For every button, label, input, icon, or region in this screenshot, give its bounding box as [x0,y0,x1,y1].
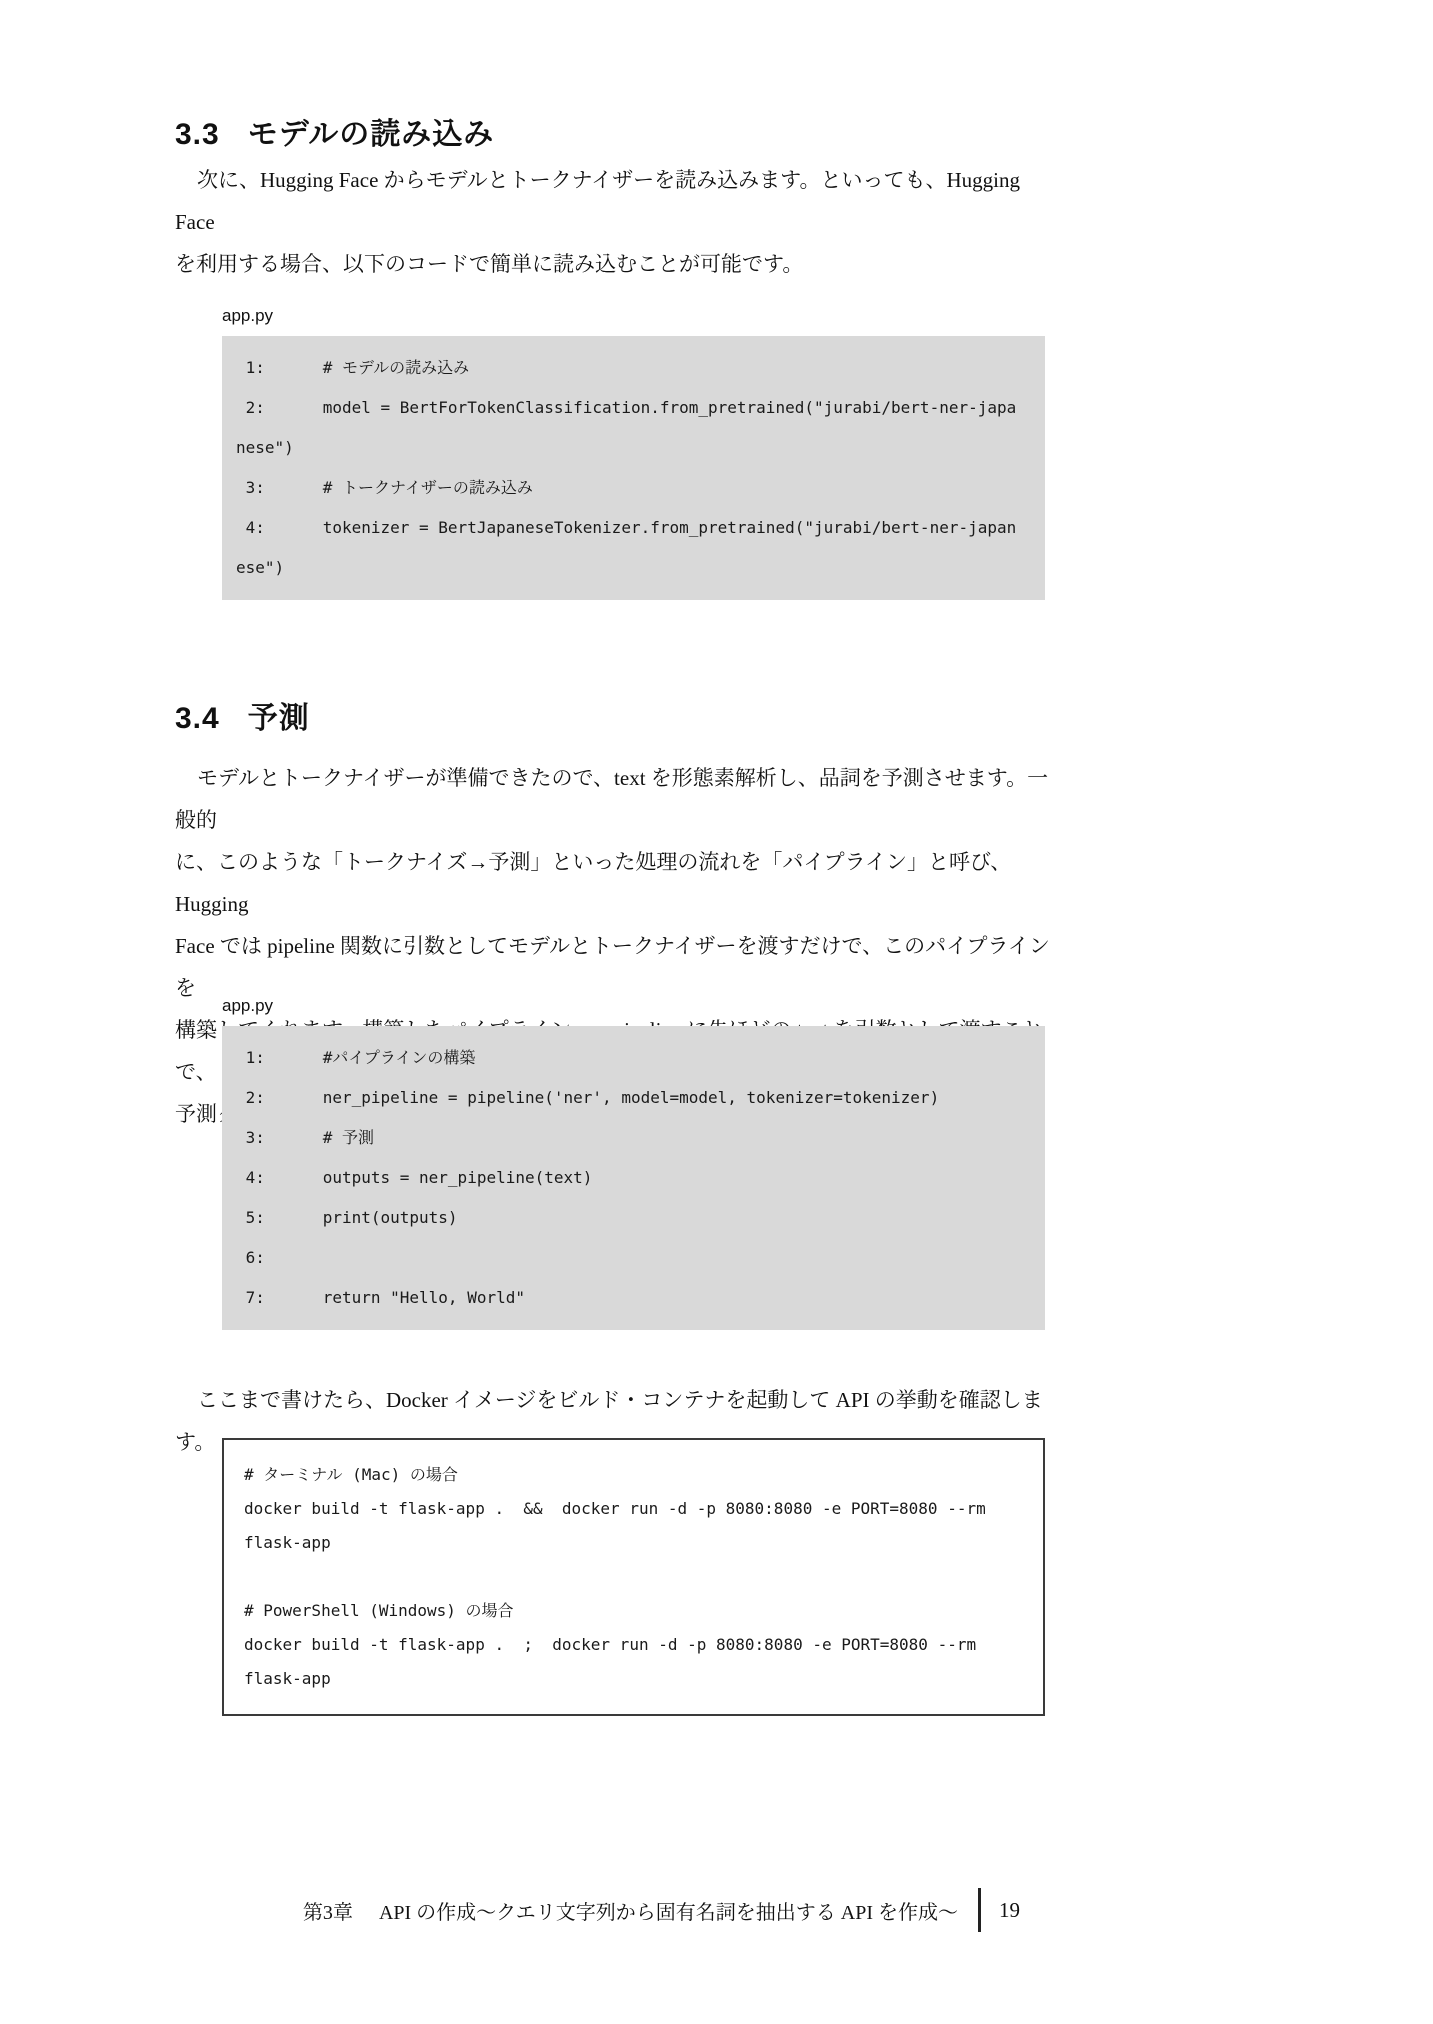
section-3-3-title: モデルの読み込み [248,109,495,153]
footer-chapter-label: 第3章 [303,1896,353,1925]
page-footer: 第3章 API の作成～クエリ文字列から固有名詞を抽出する API を作成～ 1… [175,1888,1020,1932]
section-3-4-number: 3.4 [175,702,220,736]
terminal-command-block: # ターミナル (Mac) の場合 docker build -t flask-… [222,1438,1045,1716]
code-filename-label: app.py [222,996,273,1016]
book-page: { "colors": { "page_background": "#fffff… [0,0,1433,2024]
footer-page-number: 19 [999,1898,1020,1923]
footer-chapter-title: API の作成～クエリ文字列から固有名詞を抽出する API を作成～ [379,1896,958,1925]
footer-divider [978,1888,981,1932]
section-3-4-title: 予測 [248,693,310,737]
section-3-3-number: 3.3 [175,118,220,152]
section-3-3-paragraph: 次に、Hugging Face からモデルとトークナイザーを読み込みます。といっ… [175,159,1059,285]
section-3-4-heading: 3.4 予測 [175,693,310,737]
code-block-prediction-pipeline: 1: #パイプラインの構築 2: ner_pipeline = pipeline… [222,1026,1045,1330]
code-block-model-loading: 1: # モデルの読み込み 2: model = BertForTokenCla… [222,336,1045,600]
code-filename-label: app.py [222,306,273,326]
section-3-3-heading: 3.3 モデルの読み込み [175,109,494,153]
